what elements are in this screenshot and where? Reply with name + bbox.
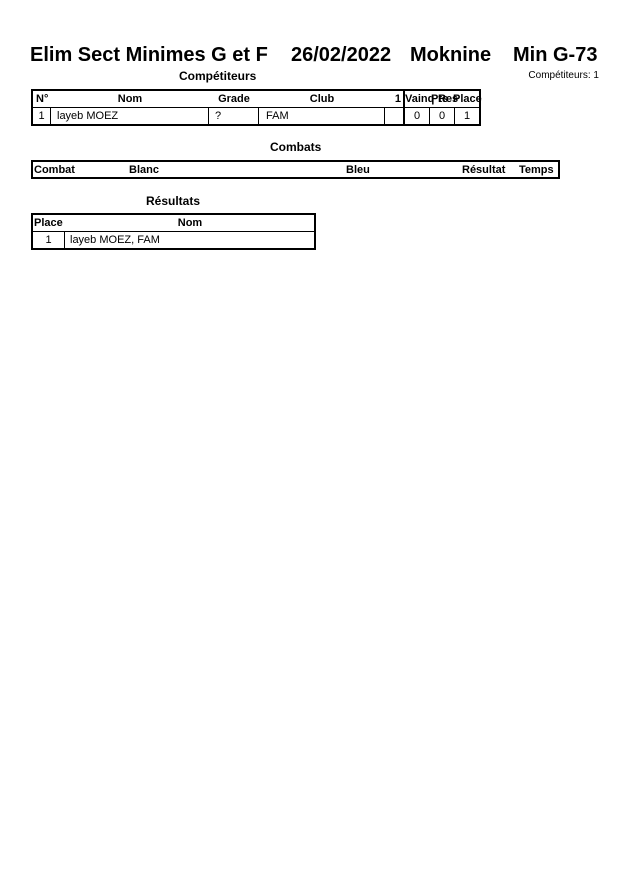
col-divider — [208, 107, 209, 124]
col-divider — [258, 107, 259, 124]
cell-num: 1 — [33, 108, 50, 125]
cell-wins: 0 — [405, 108, 429, 125]
col-header-place: Place — [34, 215, 63, 232]
col-header-name: Nom — [65, 215, 315, 232]
competitors-section-title: Compétiteurs — [179, 69, 256, 83]
results-section-title: Résultats — [146, 194, 200, 208]
cell-grade: ? — [215, 108, 257, 125]
cell-round-1 — [385, 108, 403, 125]
competitors-table: N° Nom Grade Club 1 Vainq Pts Res Place … — [31, 89, 481, 126]
combats-section-title: Combats — [270, 140, 321, 154]
col-header-place: Place — [453, 91, 482, 108]
sheet-title: Elim Sect Minimes G et F 26/02/2022 Mokn… — [30, 44, 610, 68]
event-date: 26/02/2022 — [291, 44, 391, 67]
col-header-combat: Combat — [34, 162, 75, 179]
cell-name: layeb MOEZ, FAM — [70, 232, 310, 249]
cell-place: 1 — [455, 108, 479, 125]
cell-name: layeb MOEZ — [57, 108, 207, 125]
competitor-count: Compétiteurs: 1 — [528, 70, 599, 81]
col-header-result: Résultat — [462, 162, 505, 179]
col-divider — [64, 231, 65, 248]
col-header-num: N° — [36, 91, 52, 108]
col-divider — [50, 107, 51, 124]
col-header-time: Temps — [519, 162, 554, 179]
col-header-blue: Bleu — [346, 162, 370, 179]
col-header-club: Club — [259, 91, 385, 108]
combats-table: Combat Blanc Bleu Résultat Temps — [31, 160, 560, 179]
col-header-white: Blanc — [129, 162, 159, 179]
event-name: Elim Sect Minimes G et F — [30, 44, 268, 67]
event-location: Moknine — [410, 44, 491, 67]
cell-place: 1 — [33, 232, 64, 249]
cell-club: FAM — [266, 108, 381, 125]
col-header-wins: Vainq — [405, 91, 434, 108]
col-header-round-1: 1 — [385, 91, 401, 108]
event-category: Min G-73 — [513, 44, 597, 67]
results-table: Place Nom 1 layeb MOEZ, FAM — [31, 213, 316, 250]
cell-points: 0 — [430, 108, 454, 125]
col-header-name: Nom — [51, 91, 209, 108]
col-header-grade: Grade — [209, 91, 259, 108]
